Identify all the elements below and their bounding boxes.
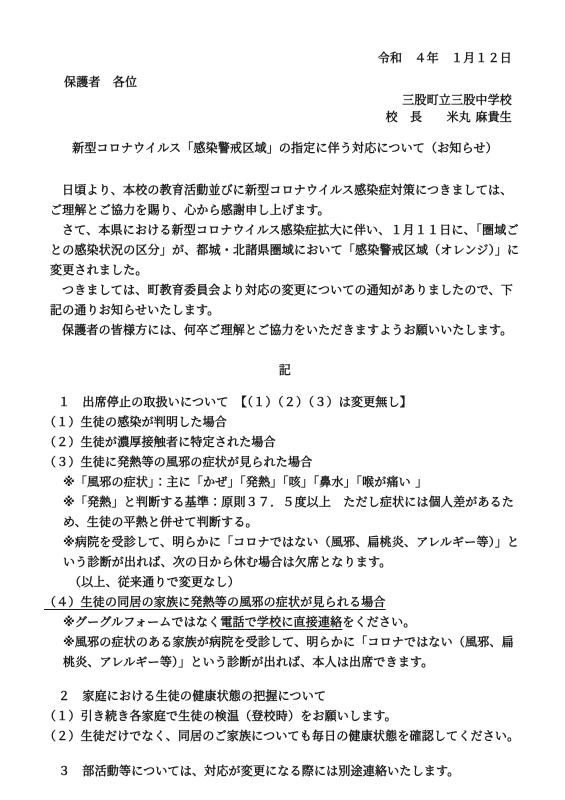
note-family-diagnosis: ※風邪の症状のある家族が病院を受診して、明らかに「コロナではない（風邪、扁桃炎、… bbox=[63, 632, 520, 672]
recipient: 保護者 各位 bbox=[50, 72, 520, 92]
section1-item-2: （２）生徒が濃厚接触者に特定された場合 bbox=[44, 432, 520, 452]
paragraph-background: さて、本県における新型コロナウイルス感染症拡大に伴い、１月１１日に、「圏域ごとの… bbox=[50, 220, 520, 280]
note-hospital-diagnosis: ※病院を受診して、明らかに「コロナではない（風邪、扁桃炎、アレルギー等）」という… bbox=[63, 532, 520, 572]
note-phone-contact: ※グーグルフォームではなく電話で学校に直接連絡をください。 bbox=[63, 612, 520, 632]
paragraph-notice: つきましては、町教育委員会より対応の変更についての通知がありましたので、下記の通… bbox=[50, 280, 520, 320]
note-no-change: （以上、従来通りで変更なし） bbox=[69, 572, 520, 592]
note-phone-contact-post: をください。 bbox=[342, 615, 415, 629]
school-name: 三股町立三股中学校 bbox=[50, 92, 512, 109]
principal-name: 校 長 米丸 麻貴生 bbox=[50, 109, 512, 126]
note-phone-contact-underlined: 電話で学校に直接連絡 bbox=[220, 615, 342, 629]
section2-heading: ２ 家庭における生徒の健康状態の把握について bbox=[50, 686, 520, 706]
note-fever-criteria: ※「発熱」と判断する基準：原則３７．５度以上 ただし症状には個人差があるため、生… bbox=[63, 492, 520, 532]
opening-paragraphs: 日頃より、本校の教育活動並びに新型コロナウイルス感染症対策につきましては、ご理解… bbox=[50, 180, 520, 340]
paragraph-greeting: 日頃より、本校の教育活動並びに新型コロナウイルス感染症対策につきましては、ご理解… bbox=[50, 180, 520, 220]
paragraph-request: 保護者の皆様方には、何卒ご理解とご協力をいただきますようお願いいたします。 bbox=[50, 320, 520, 340]
section1-item-1: （１）生徒の感染が判明した場合 bbox=[44, 412, 520, 432]
section2-item-2: （２）生徒だけでなく、同居のご家族についても毎日の健康状態を確認してください。 bbox=[44, 726, 520, 746]
section-health-monitoring: ２ 家庭における生徒の健康状態の把握について （１）引き続き各家庭で生徒の検温（… bbox=[50, 686, 520, 746]
section1-item-3: （３）生徒に発熱等の風邪の症状が見られた場合 bbox=[44, 452, 520, 472]
document-title: 新型コロナウイルス「感染警戒区域」の指定に伴う対応について（お知らせ） bbox=[50, 138, 520, 158]
section1-heading: １ 出席停止の取扱いについて 【（１）（２）（３）は変更無し】 bbox=[50, 392, 520, 412]
section1-item-4: （４）生徒の同居の家族に発熱等の風邪の症状が見られる場合 bbox=[44, 592, 520, 612]
document-date: 令和 ４年 １月１２日 bbox=[50, 48, 520, 68]
sender-block: 三股町立三股中学校 校 長 米丸 麻貴生 bbox=[50, 92, 520, 126]
note-phone-contact-pre: ※グーグルフォームではなく bbox=[63, 615, 220, 629]
record-marker: 記 bbox=[50, 360, 520, 380]
note-cold-symptoms: ※「風邪の症状」：主に「かぜ」「発熱」「咳」「鼻水」「喉が痛い 」 bbox=[63, 472, 520, 492]
section3-heading: ３ 部活動等については、対応が変更になる際には別途連絡いたします。 bbox=[50, 761, 520, 781]
section-attendance-suspension: １ 出席停止の取扱いについて 【（１）（２）（３）は変更無し】 （１）生徒の感染… bbox=[50, 392, 520, 672]
document-page: 令和 ４年 １月１２日 保護者 各位 三股町立三股中学校 校 長 米丸 麻貴生 … bbox=[0, 0, 565, 800]
section2-item-1: （１）引き続き各家庭で生徒の検温（登校時）をお願いします。 bbox=[44, 706, 520, 726]
section-club-activities: ３ 部活動等については、対応が変更になる際には別途連絡いたします。 bbox=[50, 761, 520, 781]
